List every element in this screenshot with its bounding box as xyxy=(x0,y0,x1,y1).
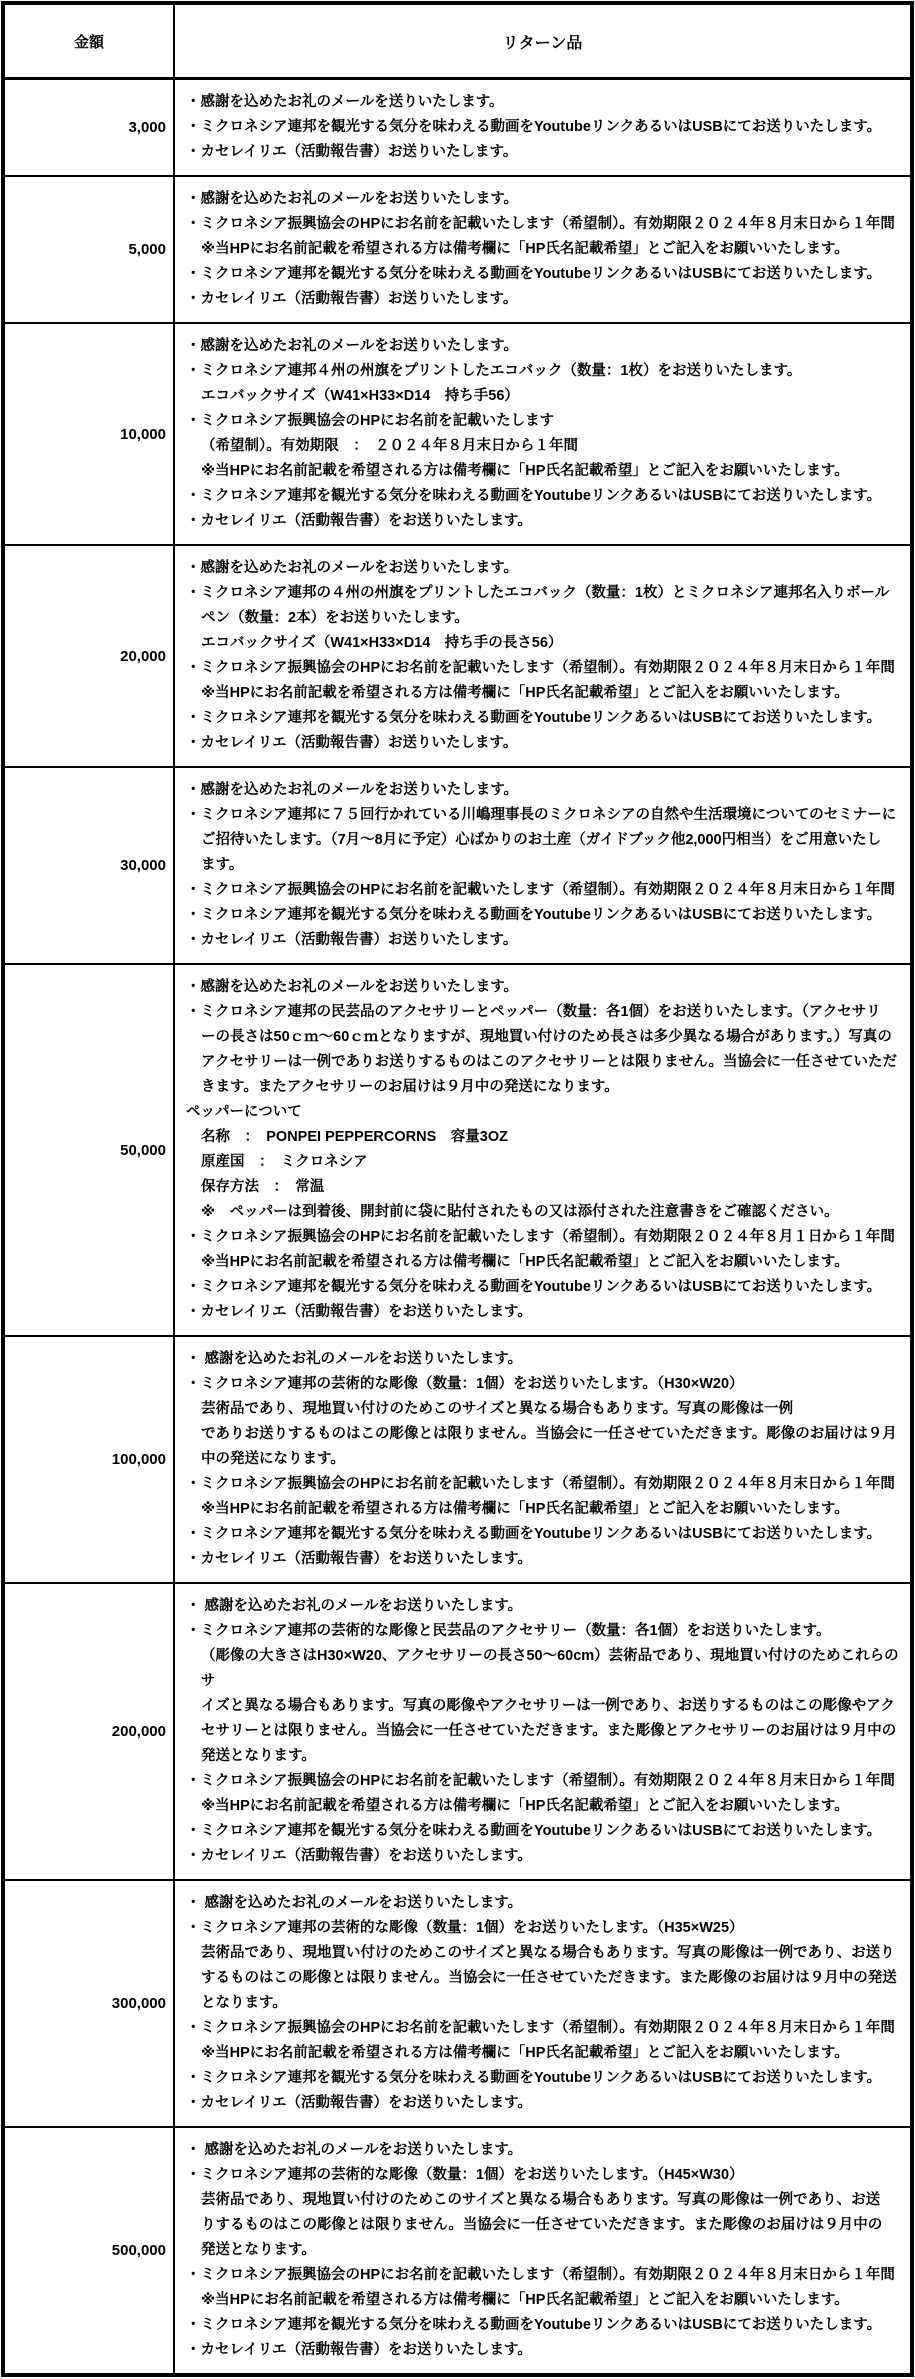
amount-cell: 10,000 xyxy=(5,324,175,544)
item-line: 芸術品であり、現地買い付けのためこのサイズと異なる場合もあります。写真の彫像は一… xyxy=(186,2188,905,2213)
item-line: ・カセレイリエ（活動報告書）をお送りいたします。 xyxy=(186,1300,905,1325)
table-row: 20,000・感謝を込めたお礼のメールをお送りいたします。・ミクロネシア連邦の４… xyxy=(5,546,910,768)
item-line: ※ ペッパーは到着後、開封前に袋に貼付されたもの又は添付された注意書きをご確認く… xyxy=(186,1200,905,1225)
item-line: ・ 感謝を込めたお礼のメールをお送りいたします。 xyxy=(186,1891,905,1916)
item-line: ・カセレイリエ（活動報告書）をお送りいたします。 xyxy=(186,1547,905,1572)
item-line: ・ミクロネシア連邦に７５回行かれている川嶋理事長のミクロネシアの自然や生活環境に… xyxy=(186,803,905,828)
item-line: ます。 xyxy=(186,853,905,878)
item-line: ・ミクロネシア振興協会のHPにお名前を記載いたします（希望制）。有効期限２０２４… xyxy=(186,2263,905,2288)
amount-cell: 50,000 xyxy=(5,965,175,1335)
table-row: 30,000・感謝を込めたお礼のメールをお送りいたします。・ミクロネシア連邦に７… xyxy=(5,768,910,965)
item-line: ・ミクロネシア振興協会のHPにお名前を記載いたします（希望制）。有効期限２０２４… xyxy=(186,2016,905,2041)
returns-cell: ・感謝を込めたお礼のメールを送りいたします。・ミクロネシア連邦を観光する気分を味… xyxy=(175,80,910,175)
item-line: ・ミクロネシア振興協会のHPにお名前を記載いたします xyxy=(186,409,905,434)
returns-cell: ・ 感謝を込めたお礼のメールをお送りいたします。・ミクロネシア連邦の芸術的な彫像… xyxy=(175,1337,910,1582)
item-line: ・ 感謝を込めたお礼のメールをお送りいたします。 xyxy=(186,2138,905,2163)
item-line: するものはこの彫像とは限りません。当協会に一任させていただきます。また彫像のお届… xyxy=(186,1966,905,1991)
amount-cell: 30,000 xyxy=(5,768,175,963)
item-line: ・ミクロネシア連邦の芸術的な彫像（数量：1個）をお送りいたします。（H45×W3… xyxy=(186,2163,905,2188)
item-line: ・ミクロネシア振興協会のHPにお名前を記載いたします（希望制）。有効期限２０２４… xyxy=(186,1225,905,1250)
returns-cell: ・ 感謝を込めたお礼のメールをお送りいたします。・ミクロネシア連邦の芸術的な彫像… xyxy=(175,1584,910,1879)
item-line: エコバックサイズ（W41×H33×D14 持ち手56） xyxy=(186,384,905,409)
item-line: ※当HPにお名前記載を希望される方は備考欄に「HP氏名記載希望」とご記入をお願い… xyxy=(186,1250,905,1275)
item-line: ペン（数量：2本）をお送りいたします。 xyxy=(186,606,905,631)
item-line: ・カセレイリエ（活動報告書）お送りいたします。 xyxy=(186,287,905,312)
item-line: ・カセレイリエ（活動報告書）をお送りいたします。 xyxy=(186,2338,905,2363)
item-line: ・ミクロネシア連邦の４州の州旗をプリントしたエコバック（数量：1枚）とミクロネシ… xyxy=(186,581,905,606)
item-line: ・ミクロネシア連邦を観光する気分を味わえる動画をYoutubeリンクあるいはUS… xyxy=(186,1522,905,1547)
item-line: ・カセレイリエ（活動報告書）お送りいたします。 xyxy=(186,928,905,953)
table-row: 3,000・感謝を込めたお礼のメールを送りいたします。・ミクロネシア連邦を観光す… xyxy=(5,80,910,177)
table-row: 300,000・ 感謝を込めたお礼のメールをお送りいたします。・ミクロネシア連邦… xyxy=(5,1881,910,2128)
table-row: 10,000・感謝を込めたお礼のメールをお送りいたします。・ミクロネシア連邦４州… xyxy=(5,324,910,546)
item-line: ーの長さは50ｃｍ～60ｃｍとなりますが、現地買い付けのため長さは多少異なる場合… xyxy=(186,1025,905,1050)
returns-column-header: リターン品 xyxy=(175,5,910,77)
item-line: ・ 感謝を込めたお礼のメールをお送りいたします。 xyxy=(186,1347,905,1372)
item-line: 芸術品であり、現地買い付けのためこのサイズと異なる場合もあります。写真の彫像は一… xyxy=(186,1397,905,1422)
table-row: 5,000・感謝を込めたお礼のメールをお送りいたします。・ミクロネシア振興協会の… xyxy=(5,177,910,324)
amount-cell: 100,000 xyxy=(5,1337,175,1582)
item-line: 原産国 ： ミクロネシア xyxy=(186,1150,905,1175)
item-line: ・ミクロネシア連邦の芸術的な彫像（数量：1個）をお送りいたします。（H35×W2… xyxy=(186,1916,905,1941)
table-row: 100,000・ 感謝を込めたお礼のメールをお送りいたします。・ミクロネシア連邦… xyxy=(5,1337,910,1584)
item-line: ※当HPにお名前記載を希望される方は備考欄に「HP氏名記載希望」とご記入をお願い… xyxy=(186,2041,905,2066)
item-line: 中の発送になります。 xyxy=(186,1447,905,1472)
item-line: ・ミクロネシア連邦４州の州旗をプリントしたエコバック（数量：1枚）をお送りいたし… xyxy=(186,359,905,384)
item-line: （彫像の大きさはH30×W20、アクセサリーの長さ50～60cm）芸術品であり、… xyxy=(186,1644,905,1694)
returns-cell: ・感謝を込めたお礼のメールをお送りいたします。・ミクロネシア振興協会のHPにお名… xyxy=(175,177,910,322)
amount-cell: 5,000 xyxy=(5,177,175,322)
item-line: ・カセレイリエ（活動報告書）をお送りいたします。 xyxy=(186,1844,905,1869)
item-line: ・感謝を込めたお礼のメールをお送りいたします。 xyxy=(186,556,905,581)
item-line: エコバックサイズ（W41×H33×D14 持ち手の長さ56） xyxy=(186,631,905,656)
table-header-row: 金額 リターン品 xyxy=(5,5,910,80)
item-line: ・感謝を込めたお礼のメールをお送りいたします。 xyxy=(186,778,905,803)
table-row: 200,000・ 感謝を込めたお礼のメールをお送りいたします。・ミクロネシア連邦… xyxy=(5,1584,910,1881)
item-line: ・ミクロネシア連邦を観光する気分を味わえる動画をYoutubeリンクあるいはUS… xyxy=(186,2066,905,2091)
item-line: ・ミクロネシア連邦を観光する気分を味わえる動画をYoutubeリンクあるいはUS… xyxy=(186,1819,905,1844)
item-line: 名称 ： PONPEI PEPPERCORNS 容量3OZ xyxy=(186,1125,905,1150)
item-line: （希望制）。有効期限 ： ２０２４年８月末日から１年間 xyxy=(186,434,905,459)
item-line: ペッパーについて xyxy=(186,1100,905,1125)
item-line: ご招待いたします。（7月～8月に予定）心ばかりのお土産（ガイドブック他2,000… xyxy=(186,828,905,853)
item-line: ・ミクロネシア連邦を観光する気分を味わえる動画をYoutubeリンクあるいはUS… xyxy=(186,903,905,928)
item-line: 発送となります。 xyxy=(186,2238,905,2263)
item-line: ・カセレイリエ（活動報告書）をお送りいたします。 xyxy=(186,509,905,534)
returns-cell: ・感謝を込めたお礼のメールをお送りいたします。・ミクロネシア連邦に７５回行かれて… xyxy=(175,768,910,963)
item-line: ※当HPにお名前記載を希望される方は備考欄に「HP氏名記載希望」とご記入をお願い… xyxy=(186,459,905,484)
item-line: でありお送りするものはこの彫像とは限りません。当協会に一任させていただきます。彫… xyxy=(186,1422,905,1447)
item-line: ・ミクロネシア連邦を観光する気分を味わえる動画をYoutubeリンクあるいはUS… xyxy=(186,1275,905,1300)
item-line: ・カセレイリエ（活動報告書）をお送りいたします。 xyxy=(186,2091,905,2116)
amount-cell: 500,000 xyxy=(5,2128,175,2373)
item-line: 芸術品であり、現地買い付けのためこのサイズと異なる場合もあります。写真の彫像は一… xyxy=(186,1941,905,1966)
returns-cell: ・ 感謝を込めたお礼のメールをお送りいたします。・ミクロネシア連邦の芸術的な彫像… xyxy=(175,1881,910,2126)
item-line: セサリーとは限りません。当協会に一任させていただきます。また彫像とアクセサリーの… xyxy=(186,1719,905,1744)
item-line: ※当HPにお名前記載を希望される方は備考欄に「HP氏名記載希望」とご記入をお願い… xyxy=(186,681,905,706)
item-line: ・ミクロネシア振興協会のHPにお名前を記載いたします（希望制）。有効期限２０２４… xyxy=(186,1769,905,1794)
item-line: ・感謝を込めたお礼のメールをお送りいたします。 xyxy=(186,187,905,212)
amount-cell: 20,000 xyxy=(5,546,175,766)
table-row: 500,000・ 感謝を込めたお礼のメールをお送りいたします。・ミクロネシア連邦… xyxy=(5,2128,910,2373)
item-line: ・カセレイリエ（活動報告書）お送りいたします。 xyxy=(186,140,905,165)
amount-cell: 3,000 xyxy=(5,80,175,175)
returns-cell: ・感謝を込めたお礼のメールをお送りいたします。・ミクロネシア連邦の民芸品のアクセ… xyxy=(175,965,910,1335)
item-line: ・ミクロネシア連邦を観光する気分を味わえる動画をYoutubeリンクあるいはUS… xyxy=(186,484,905,509)
amount-cell: 200,000 xyxy=(5,1584,175,1879)
item-line: 発送となります。 xyxy=(186,1744,905,1769)
item-line: ・ミクロネシア連邦を観光する気分を味わえる動画をYoutubeリンクあるいはUS… xyxy=(186,262,905,287)
item-line: ・ミクロネシア連邦を観光する気分を味わえる動画をYoutubeリンクあるいはUS… xyxy=(186,115,905,140)
item-line: ・ミクロネシア連邦の芸術的な彫像（数量：1個）をお送りいたします。（H30×W2… xyxy=(186,1372,905,1397)
item-line: アクセサリーは一例でありお送りするものはこのアクセサリーとは限りません。当協会に… xyxy=(186,1050,905,1075)
item-line: ※当HPにお名前記載を希望される方は備考欄に「HP氏名記載希望」とご記入をお願い… xyxy=(186,2288,905,2313)
item-line: ・感謝を込めたお礼のメールをお送りいたします。 xyxy=(186,334,905,359)
amount-cell: 300,000 xyxy=(5,1881,175,2126)
item-line: ・ミクロネシア連邦を観光する気分を味わえる動画をYoutubeリンクあるいはUS… xyxy=(186,706,905,731)
item-line: ・感謝を込めたお礼のメールを送りいたします。 xyxy=(186,90,905,115)
returns-table: 金額 リターン品 3,000・感謝を込めたお礼のメールを送りいたします。・ミクロ… xyxy=(1,1,914,2377)
amount-column-header: 金額 xyxy=(5,5,175,77)
item-line: イズと異なる場合もあります。写真の彫像やアクセサリーは一例であり、お送りするもの… xyxy=(186,1694,905,1719)
item-line: ・カセレイリエ（活動報告書）お送りいたします。 xyxy=(186,731,905,756)
returns-cell: ・ 感謝を込めたお礼のメールをお送りいたします。・ミクロネシア連邦の芸術的な彫像… xyxy=(175,2128,910,2373)
returns-cell: ・感謝を込めたお礼のメールをお送りいたします。・ミクロネシア連邦の４州の州旗をプ… xyxy=(175,546,910,766)
item-line: ・ 感謝を込めたお礼のメールをお送りいたします。 xyxy=(186,1594,905,1619)
document-page: 金額 リターン品 3,000・感謝を込めたお礼のメールを送りいたします。・ミクロ… xyxy=(0,1,915,2377)
returns-cell: ・感謝を込めたお礼のメールをお送りいたします。・ミクロネシア連邦４州の州旗をプリ… xyxy=(175,324,910,544)
item-line: ※当HPにお名前記載を希望される方は備考欄に「HP氏名記載希望」とご記入をお願い… xyxy=(186,1497,905,1522)
item-line: ・ミクロネシア振興協会のHPにお名前を記載いたします（希望制）。有効期限２０２４… xyxy=(186,878,905,903)
item-line: となります。 xyxy=(186,1991,905,2016)
item-line: ・ミクロネシア連邦を観光する気分を味わえる動画をYoutubeリンクあるいはUS… xyxy=(186,2313,905,2338)
table-row: 50,000・感謝を込めたお礼のメールをお送りいたします。・ミクロネシア連邦の民… xyxy=(5,965,910,1337)
item-line: ・感謝を込めたお礼のメールをお送りいたします。 xyxy=(186,975,905,1000)
item-line: 保存方法 ： 常温 xyxy=(186,1175,905,1200)
item-line: ・ミクロネシア振興協会のHPにお名前を記載いたします（希望制）。有効期限２０２４… xyxy=(186,1472,905,1497)
table-body: 3,000・感謝を込めたお礼のメールを送りいたします。・ミクロネシア連邦を観光す… xyxy=(5,80,910,2373)
item-line: ・ミクロネシア連邦の芸術的な彫像と民芸品のアクセサリー（数量：各1個）をお送りい… xyxy=(186,1619,905,1644)
item-line: ※当HPにお名前記載を希望される方は備考欄に「HP氏名記載希望」とご記入をお願い… xyxy=(186,237,905,262)
item-line: ・ミクロネシア連邦の民芸品のアクセサリーとペッパー（数量：各1個）をお送りいたし… xyxy=(186,1000,905,1025)
item-line: ※当HPにお名前記載を希望される方は備考欄に「HP氏名記載希望」とご記入をお願い… xyxy=(186,1794,905,1819)
item-line: ・ミクロネシア振興協会のHPにお名前を記載いたします（希望制）。有効期限２０２４… xyxy=(186,212,905,237)
item-line: ・ミクロネシア振興協会のHPにお名前を記載いたします（希望制）。有効期限２０２４… xyxy=(186,656,905,681)
item-line: りするものはこの彫像とは限りません。当協会に一任させていただきます。また彫像のお… xyxy=(186,2213,905,2238)
item-line: きます。またアクセサリーのお届けは９月中の発送になります。 xyxy=(186,1075,905,1100)
